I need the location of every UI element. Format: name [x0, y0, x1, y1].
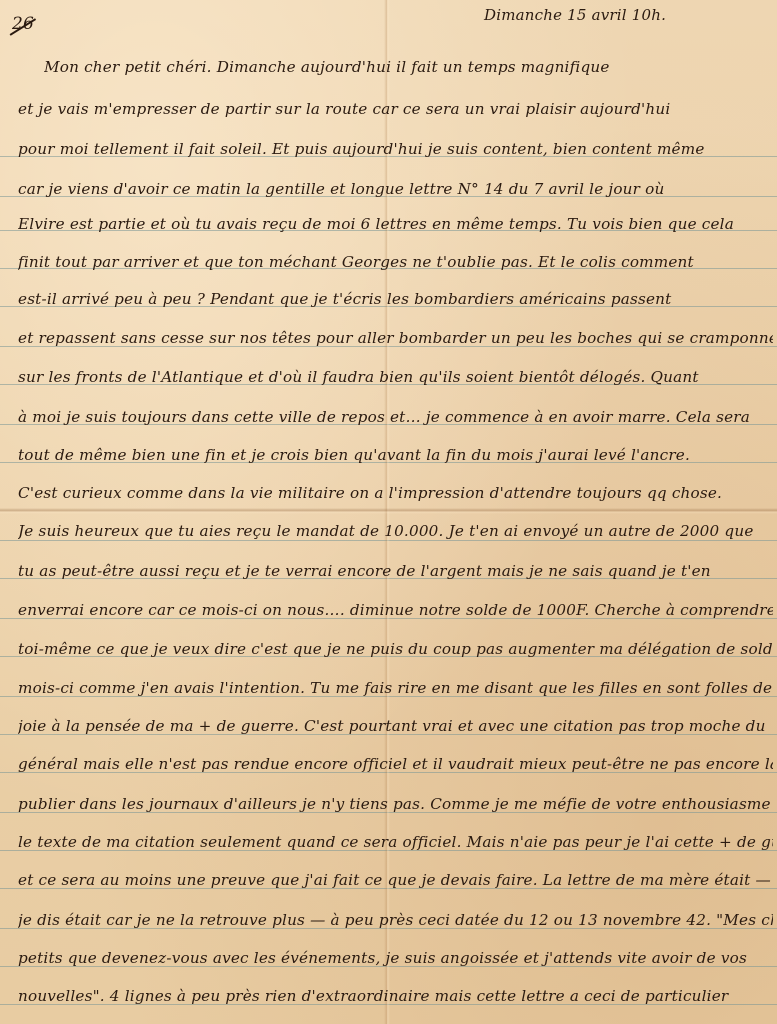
horizontal-fold-crease [0, 508, 777, 514]
letter-line: petits que devenez-vous avec les événeme… [18, 949, 773, 967]
letter-line: toi-même ce que je veux dire c'est que j… [18, 640, 773, 658]
letter-line: Je suis heureux que tu aies reçu le mand… [18, 522, 773, 540]
letter-line: et je vais m'empresser de partir sur la … [18, 100, 773, 118]
letter-line: Mon cher petit chéri. Dimanche aujourd'h… [44, 58, 744, 76]
letter-line: le texte de ma citation seulement quand … [18, 833, 773, 851]
letter-line: et repassent sans cesse sur nos têtes po… [18, 329, 773, 347]
letter-line: mois-ci comme j'en avais l'intention. Tu… [18, 679, 773, 697]
letter-line: publier dans les journaux d'ailleurs je … [18, 795, 773, 813]
letter-line: est-il arrivé peu à peu ? Pendant que je… [18, 290, 773, 308]
letter-line: car je viens d'avoir ce matin la gentill… [18, 180, 773, 198]
letter-line: tu as peut-être aussi reçu et je te verr… [18, 562, 773, 580]
letter-line: et ce sera au moins une preuve que j'ai … [18, 871, 773, 889]
letter-line: je dis était car je ne la retrouve plus … [18, 911, 773, 929]
date-line: Dimanche 15 avril 10h. [484, 6, 666, 24]
letter-line: pour moi tellement il fait soleil. Et pu… [18, 140, 773, 158]
letter-line: sur les fronts de l'Atlantique et d'où i… [18, 368, 773, 386]
letter-page: 26 Dimanche 15 avril 10h. Mon cher petit… [0, 0, 777, 1024]
letter-line: C'est curieux comme dans la vie militair… [18, 484, 773, 502]
letter-line: joie à la pensée de ma + de guerre. C'es… [18, 717, 773, 735]
letter-line: Elvire est partie et où tu avais reçu de… [18, 215, 773, 233]
letter-line: général mais elle n'est pas rendue encor… [18, 755, 773, 773]
letter-line: à moi je suis toujours dans cette ville … [18, 408, 773, 426]
letter-line: enverrai encore car ce mois-ci on nous….… [18, 601, 773, 619]
letter-line: finit tout par arriver et que ton méchan… [18, 253, 773, 271]
letter-line: nouvelles". 4 lignes à peu près rien d'e… [18, 987, 773, 1005]
letter-line: tout de même bien une fin et je crois bi… [18, 446, 773, 464]
